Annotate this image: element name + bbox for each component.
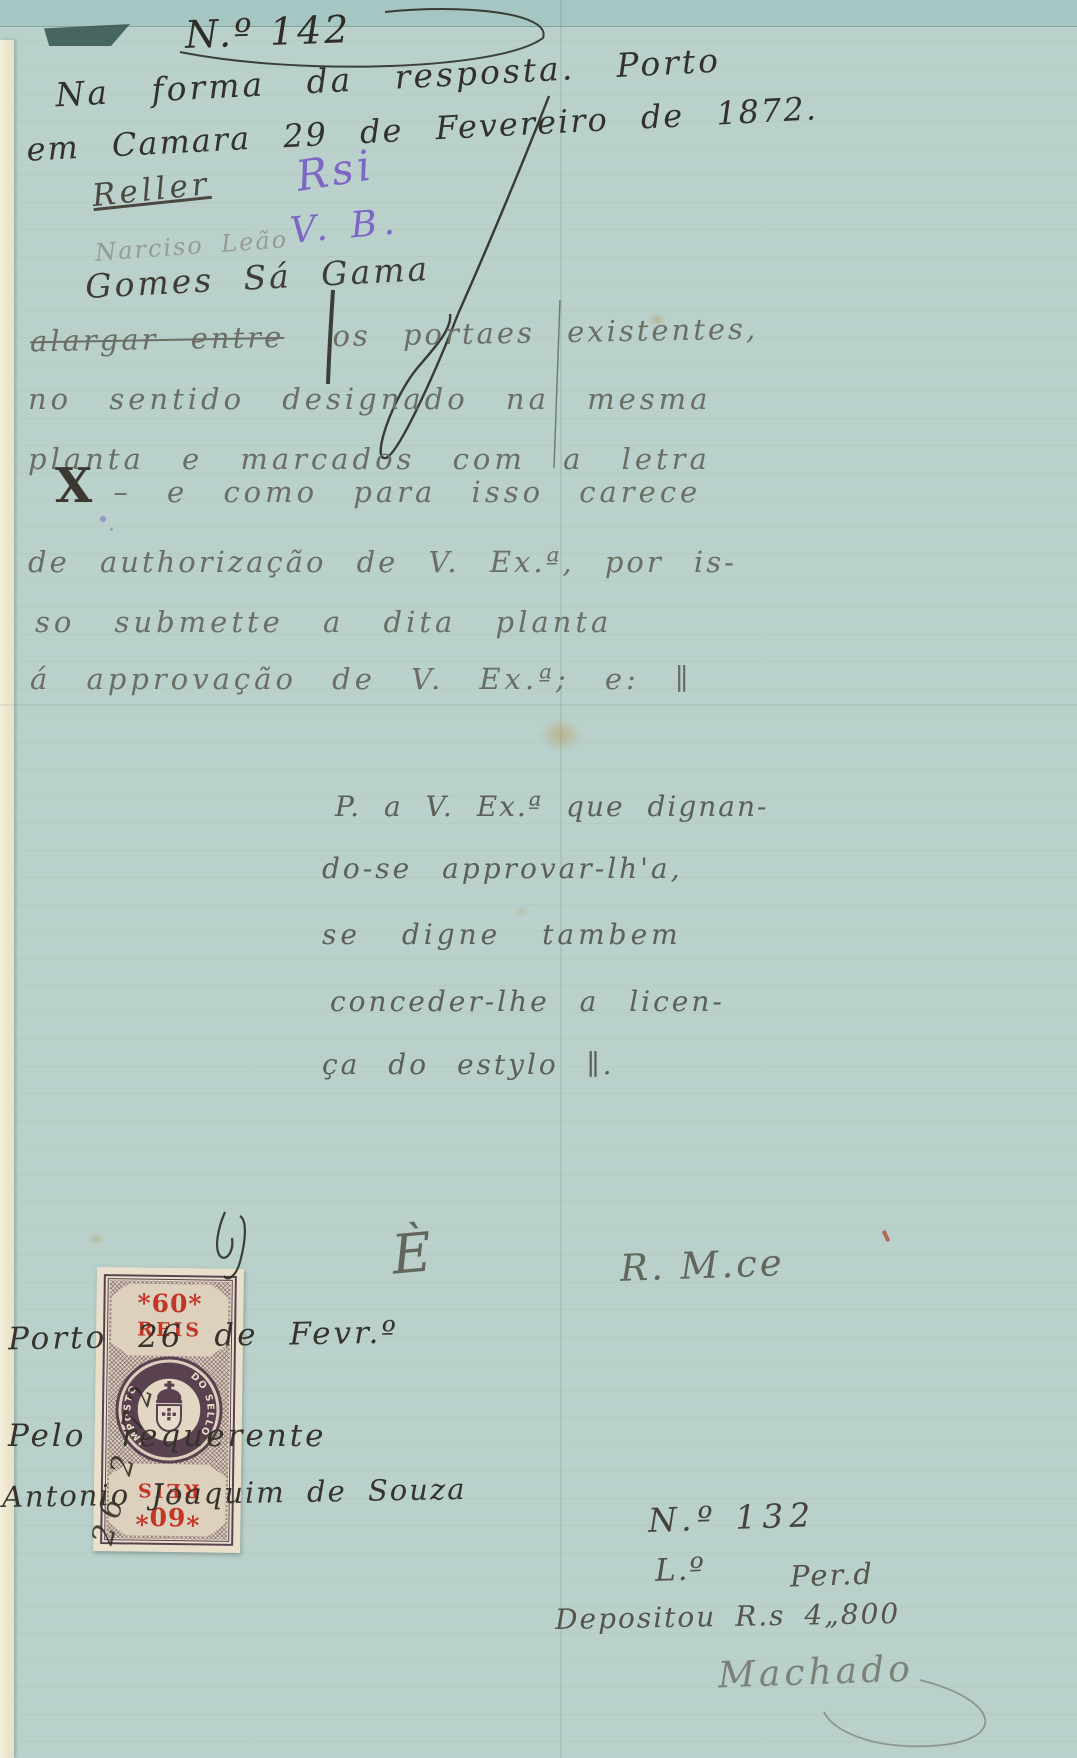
porto-date-line: Porto 26 de Fevr.º (8, 1315, 399, 1358)
scanned-document-page: N.º 142 Na forma da resposta. Porto em C… (0, 0, 1077, 1758)
closing-rm: R. M.ce (619, 1241, 785, 1290)
body-line-4-rest: – e como para isso carece (113, 475, 701, 509)
petition-line-2: do-se approvar-lh'a, (322, 852, 683, 885)
petition-line-4: conceder-lhe a licen- (330, 985, 725, 1018)
registry-number: N.º 132 (647, 1495, 817, 1540)
perd-abbreviation: Per.d (789, 1557, 874, 1594)
top-scan-band (0, 0, 1077, 27)
body-line-6: so submette a dita planta (35, 605, 612, 639)
stamp-value-top: *60* (111, 1288, 228, 1319)
depositou-line: Depositou R.s 4„800 (555, 1597, 901, 1636)
requerente-signature: Antonio Joaquim de Souza (2, 1472, 467, 1514)
petition-line-5: ça do estylo ∥. (322, 1048, 615, 1081)
paper-stain (540, 718, 582, 752)
paper-stain (88, 1232, 104, 1246)
petition-line-3: se digne tambem (322, 918, 682, 951)
paper-stain (515, 905, 529, 917)
horizontal-fold-line (0, 704, 1077, 706)
body-line-1: alargar entre os portaes existentes, (30, 312, 759, 359)
margin-mark (882, 1230, 891, 1243)
body-line-1-rest: os portaes existentes, (332, 312, 758, 353)
body-line-2: no sentido designado na mesma (28, 382, 711, 416)
pelo-requerente-line: Pelo requerente (8, 1418, 327, 1454)
doc-number: N.º 142 (184, 7, 352, 57)
closing-e: È (389, 1220, 434, 1286)
body-line-5: de authorização de V. Ex.ª, por is- (28, 545, 737, 579)
machado-signature: Machado (717, 1649, 914, 1697)
signature-reller: Reller (90, 166, 212, 214)
corner-shadow (44, 24, 130, 46)
ink-speck (110, 528, 113, 531)
purple-visto-bottom: V. B. (288, 201, 402, 251)
body-line-7: á approvação de V. Ex.ª; e: ∥ (30, 662, 692, 696)
letter-x: X (55, 458, 92, 514)
petition-line-1: P. a V. Ex.ª que dignan- (335, 790, 768, 823)
ink-speck (100, 516, 106, 522)
livro-abbreviation: L.º (654, 1551, 706, 1589)
body-line-4: X – e como para isso carece (55, 458, 701, 514)
struck-words: alargar entre (30, 320, 285, 358)
